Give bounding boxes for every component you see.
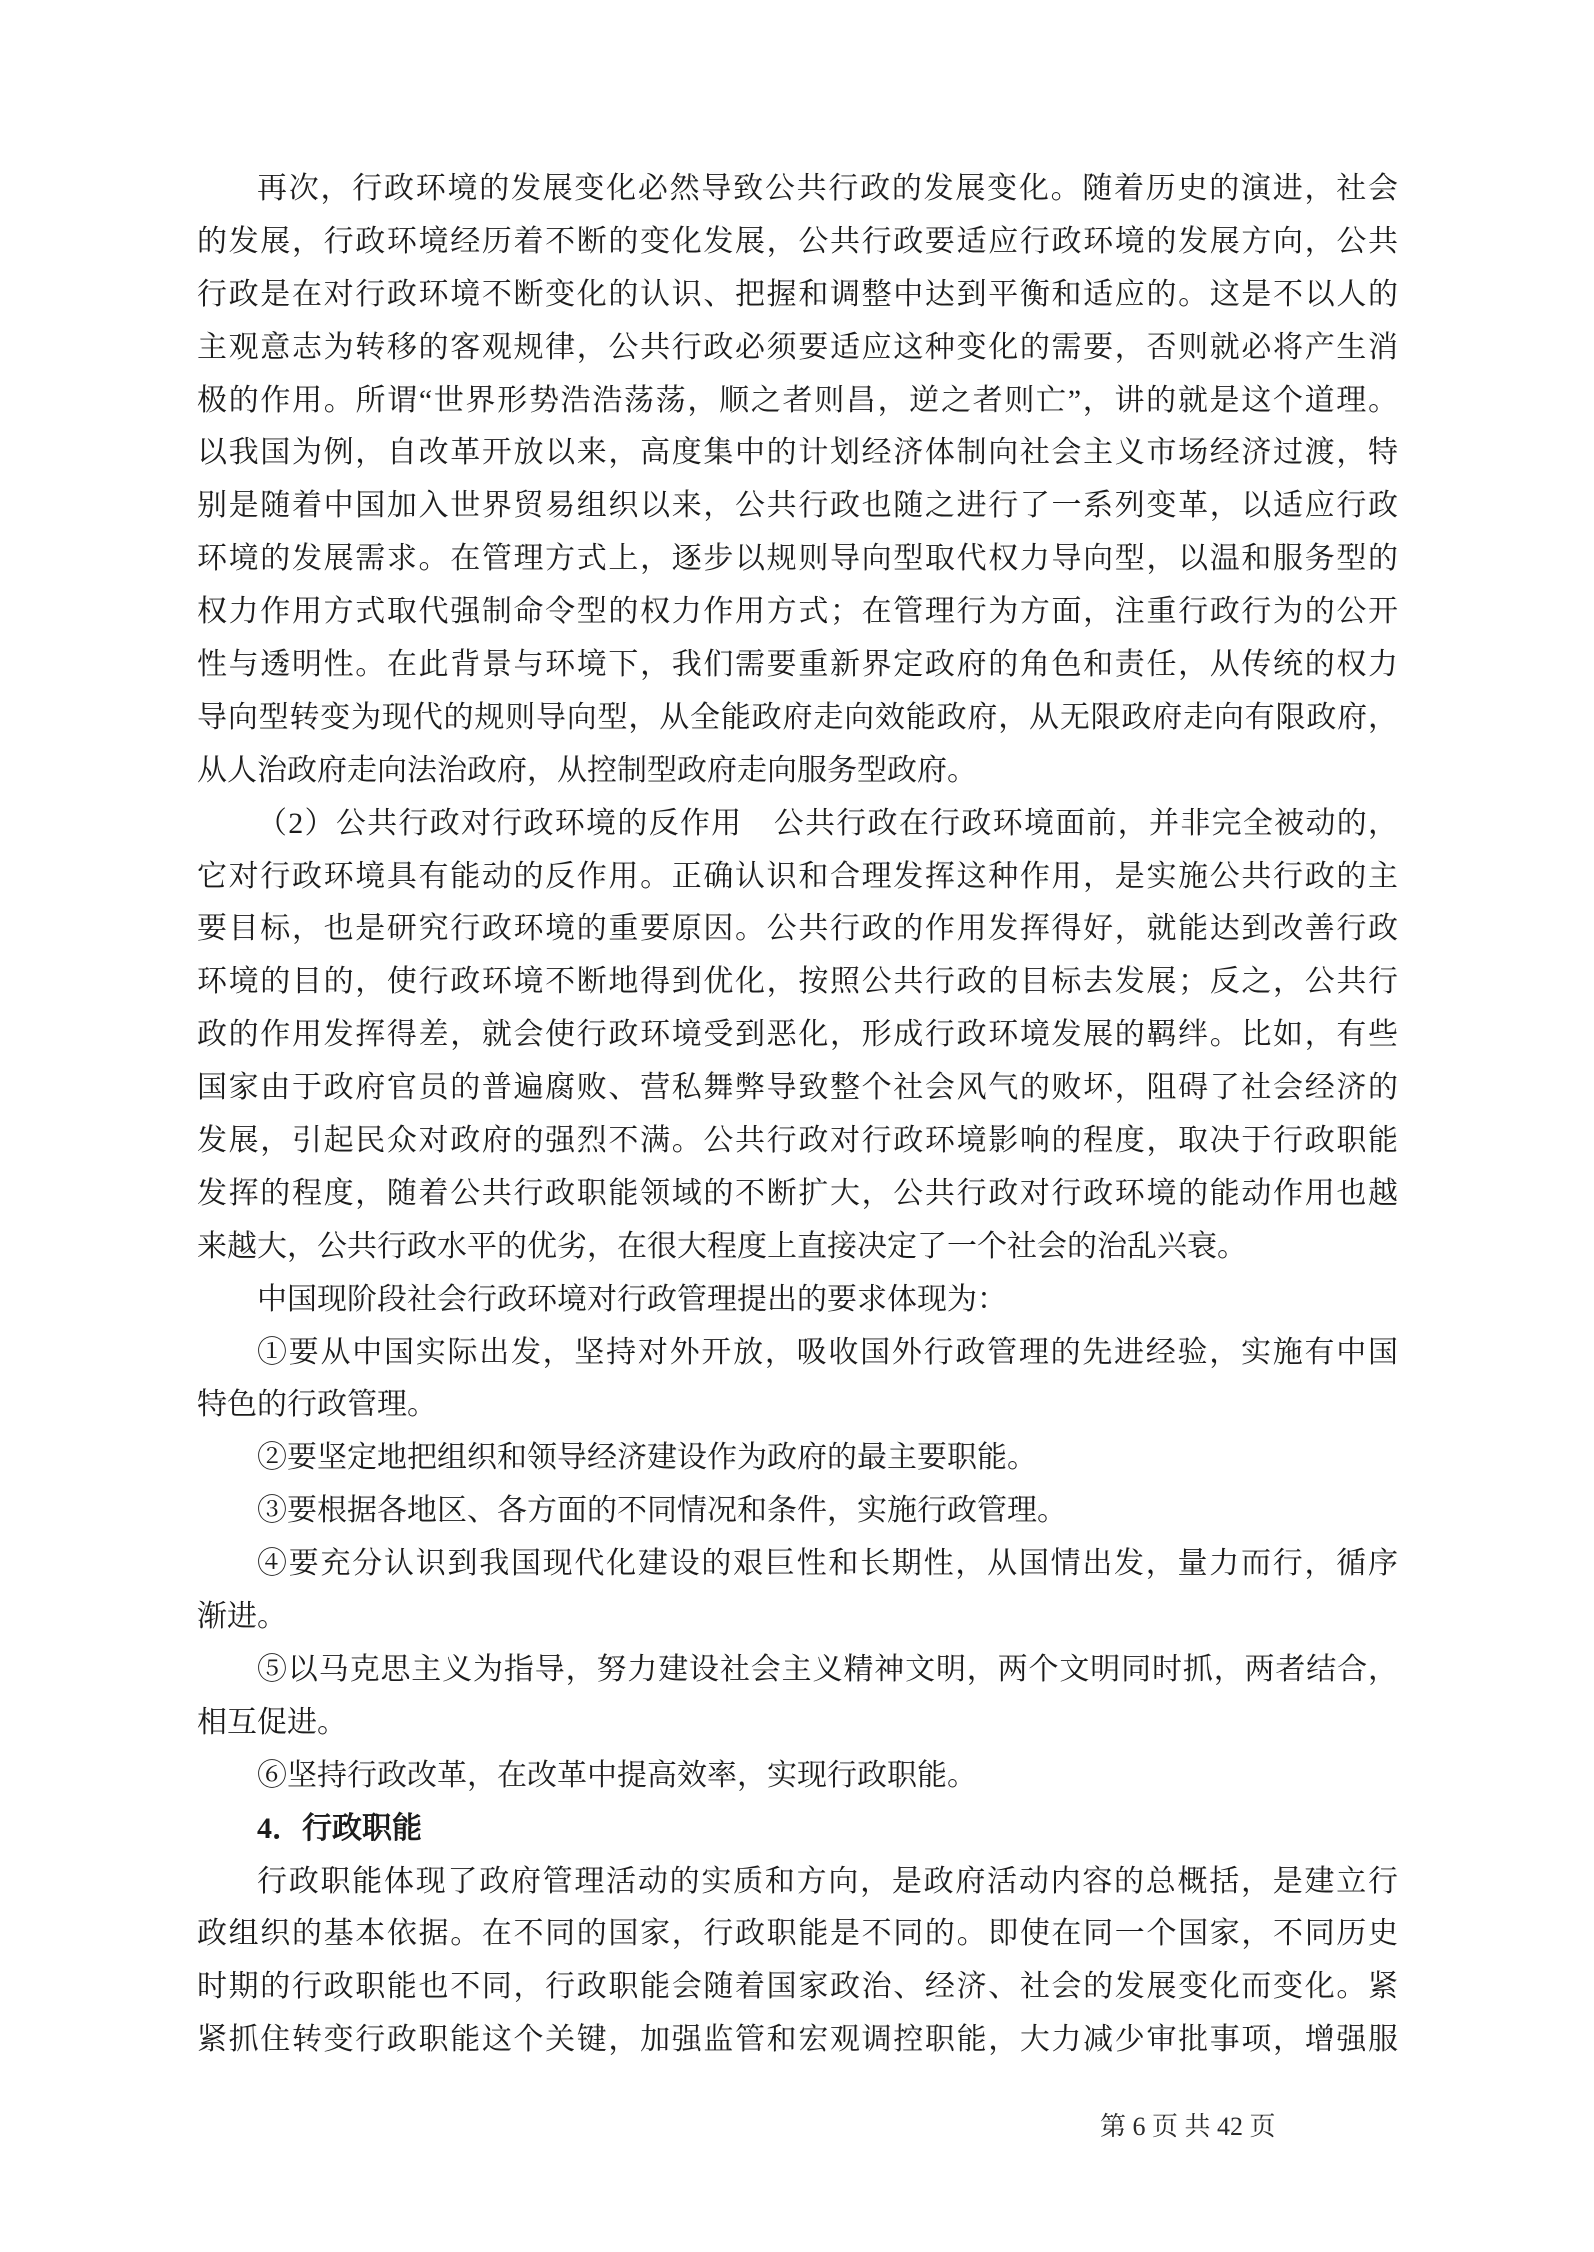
body-text-line: 以我国为例，自改革开放以来，高度集中的计划经济体制向社会主义市场经济过渡，特 — [197, 427, 1398, 480]
numbered-item-line: ②要坚定地把组织和领导经济建设作为政府的最主要职能。 — [197, 1432, 1398, 1485]
body-text-line: 权力作用方式取代强制命令型的权力作用方式；在管理行为方面，注重行政行为的公开 — [197, 586, 1398, 639]
numbered-item-line: ⑥坚持行政改革，在改革中提高效率，实现行政职能。 — [197, 1750, 1398, 1803]
numbered-item-line: ③要根据各地区、各方面的不同情况和条件，实施行政管理。 — [197, 1485, 1398, 1538]
body-text-line: 它对行政环境具有能动的反作用。正确认识和合理发挥这种作用，是实施公共行政的主 — [197, 851, 1398, 904]
body-text-line: 性与透明性。在此背景与环境下，我们需要重新界定政府的角色和责任，从传统的权力 — [197, 639, 1398, 692]
page-number-footer: 第 6 页 共 42 页 — [1100, 2110, 1276, 2144]
body-text-line: 的发展，行政环境经历着不断的变化发展，公共行政要适应行政环境的发展方向，公共 — [197, 216, 1398, 269]
body-text-line: 导向型转变为现代的规则导向型，从全能政府走向效能政府，从无限政府走向有限政府， — [197, 692, 1398, 745]
body-text-line: （2）公共行政对行政环境的反作用 公共行政在行政环境面前，并非完全被动的， — [197, 798, 1398, 851]
body-text-line: 要目标，也是研究行政环境的重要原因。公共行政的作用发挥得好，就能达到改善行政 — [197, 903, 1398, 956]
body-text-line: 再次，行政环境的发展变化必然导致公共行政的发展变化。随着历史的演进，社会 — [197, 163, 1398, 216]
document-page: 再次，行政环境的发展变化必然导致公共行政的发展变化。随着历史的演进，社会 的发展… — [0, 0, 1594, 2252]
body-text-line: 紧抓住转变行政职能这个关键，加强监管和宏观调控职能，大力减少审批事项，增强服 — [197, 2014, 1398, 2067]
body-text-line: 环境的发展需求。在管理方式上，逐步以规则导向型取代权力导向型，以温和服务型的 — [197, 533, 1398, 586]
body-text-line: 特色的行政管理。 — [197, 1379, 1398, 1432]
body-text-line: 发挥的程度，随着公共行政职能领域的不断扩大，公共行政对行政环境的能动作用也越 — [197, 1168, 1398, 1221]
body-text-line: 渐进。 — [197, 1591, 1398, 1644]
body-text-line: 从人治政府走向法治政府，从控制型政府走向服务型政府。 — [197, 745, 1398, 798]
numbered-item-line: ④要充分认识到我国现代化建设的艰巨性和长期性，从国情出发，量力而行，循序 — [197, 1538, 1398, 1591]
body-text-line: 来越大，公共行政水平的优劣，在很大程度上直接决定了一个社会的治乱兴衰。 — [197, 1221, 1398, 1274]
body-text-line: 极的作用。所谓“世界形势浩浩荡荡，顺之者则昌，逆之者则亡”，讲的就是这个道理。 — [197, 375, 1398, 428]
body-text-line: 行政职能体现了政府管理活动的实质和方向，是政府活动内容的总概括，是建立行 — [197, 1856, 1398, 1909]
body-text-line: 时期的行政职能也不同，行政职能会随着国家政治、经济、社会的发展变化而变化。紧 — [197, 1961, 1398, 2014]
numbered-item-line: ⑤以马克思主义为指导，努力建设社会主义精神文明，两个文明同时抓，两者结合， — [197, 1644, 1398, 1697]
body-text-line: 行政是在对行政环境不断变化的认识、把握和调整中达到平衡和适应的。这是不以人的 — [197, 269, 1398, 322]
body-text-line: 国家由于政府官员的普遍腐败、营私舞弊导致整个社会风气的败坏，阻碍了社会经济的 — [197, 1062, 1398, 1115]
body-text-line: 别是随着中国加入世界贸易组织以来，公共行政也随之进行了一系列变革，以适应行政 — [197, 480, 1398, 533]
body-text-line: 政的作用发挥得差，就会使行政环境受到恶化，形成行政环境发展的羁绊。比如，有些 — [197, 1009, 1398, 1062]
numbered-item-line: ①要从中国实际出发，坚持对外开放，吸收国外行政管理的先进经验，实施有中国 — [197, 1327, 1398, 1380]
body-text-line: 中国现阶段社会行政环境对行政管理提出的要求体现为： — [197, 1274, 1398, 1327]
body-text-line: 相互促进。 — [197, 1697, 1398, 1750]
document-body: 再次，行政环境的发展变化必然导致公共行政的发展变化。随着历史的演进，社会 的发展… — [197, 163, 1398, 2067]
body-text-line: 发展，引起民众对政府的强烈不满。公共行政对行政环境影响的程度，取决于行政职能 — [197, 1115, 1398, 1168]
section-heading: 4．行政职能 — [197, 1803, 1398, 1856]
body-text-line: 环境的目的，使行政环境不断地得到优化，按照公共行政的目标去发展；反之，公共行 — [197, 956, 1398, 1009]
body-text-line: 主观意志为转移的客观规律，公共行政必须要适应这种变化的需要，否则就必将产生消 — [197, 322, 1398, 375]
body-text-line: 政组织的基本依据。在不同的国家，行政职能是不同的。即使在同一个国家，不同历史 — [197, 1908, 1398, 1961]
